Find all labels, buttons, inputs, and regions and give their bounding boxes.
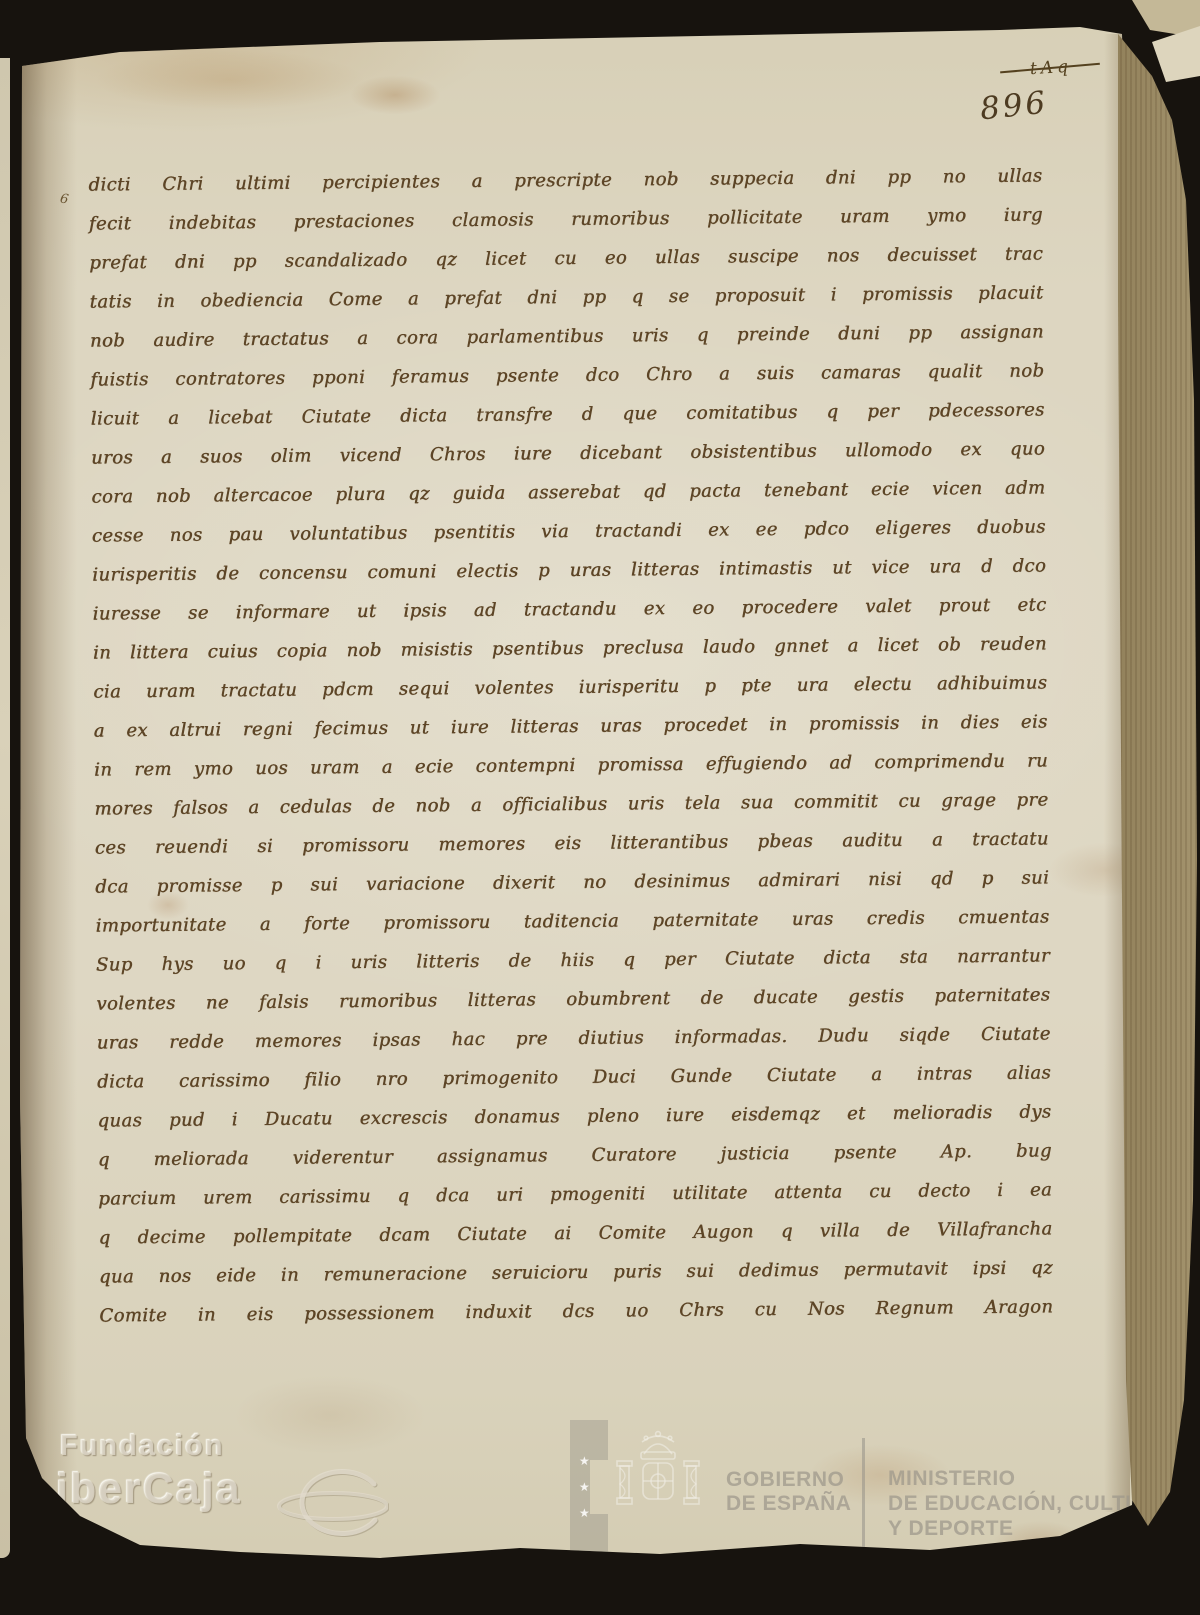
manuscript-line: importunitate a forte promissoru taditen… [96, 906, 1050, 935]
binding-gutter-shadow [18, 36, 82, 1548]
manuscript-line: tatis in obediencia Come a prefat dni pp… [90, 282, 1044, 311]
ministerio-watermark-line3: Y DEPORTE [888, 1516, 1172, 1541]
manuscript-line: cesse nos pau voluntatibus psentitis via… [92, 516, 1046, 545]
gobierno-watermark-line2: DE ESPAÑA [726, 1492, 851, 1516]
adjacent-page-sliver [0, 58, 10, 1558]
manuscript-text: dicti Chri ultimi percipientes a prescri… [88, 165, 1053, 1344]
manuscript-line: prefat dni pp scandalizado qz licet cu e… [89, 243, 1043, 272]
fundacion-ibercaja-watermark: Fundación iberCaja [60, 1430, 242, 1514]
book-page: tAq 896 6 dicti Chri ultimi percipientes… [0, 0, 1200, 1615]
manuscript-line: mores falsos a cedulas de nob a official… [94, 789, 1048, 818]
manuscript-line: parcium urem carissimu q dca uri pmogeni… [98, 1179, 1052, 1208]
manuscript-line: uros a suos olim vicend Chros iure diceb… [91, 438, 1045, 467]
manuscript-line: Sup hys uo q i uris litteris de hiis q p… [96, 945, 1050, 974]
manuscript-line: in littera cuius copia nob misistis psen… [93, 633, 1047, 662]
manuscript-line: quas pud i Ducatu excrescis donamus plen… [97, 1101, 1051, 1130]
eu-star-icon: ★ [579, 1506, 590, 1520]
manuscript-line: dicti Chri ultimi percipientes a prescri… [88, 165, 1042, 194]
gobierno-watermark-line1: GOBIERNO [726, 1468, 851, 1492]
manuscript-line: cora nob altercacoe plura qz guida asser… [91, 477, 1045, 506]
spain-coat-of-arms-icon [610, 1428, 706, 1537]
cancelled-folio-mark: tAq [1008, 56, 1095, 80]
manuscript-line: qua nos eide in remuneracione seruicioru… [99, 1257, 1053, 1286]
eu-flag-icon: ★ ★ ★ [570, 1420, 608, 1554]
eu-flag-bottom-cap [590, 1514, 608, 1554]
folio-number: 896 [978, 85, 1050, 128]
manuscript-line: ces reuendi si promissoru memores eis li… [95, 828, 1049, 857]
watermark-divider [862, 1438, 865, 1550]
eu-star-icon: ★ [579, 1454, 590, 1468]
manuscript-line: volentes ne falsis rumoribus litteras ob… [96, 984, 1050, 1013]
manuscript-line: iurisperitis de concensu comuni electis … [92, 555, 1046, 584]
ministerio-watermark-line1: MINISTERIO [888, 1466, 1172, 1491]
manuscript-line: iuresse se informare ut ipsis ad tractan… [93, 594, 1047, 623]
fundacion-watermark-line1: Fundación [60, 1430, 242, 1463]
manuscript-line: dicta carissimo filio nro primogenito Du… [97, 1062, 1051, 1091]
manuscript-line: q decime pollempitate dcam Ciutate ai Co… [99, 1218, 1053, 1247]
ministerio-watermark-line2: DE EDUCACIÓN, CULTURA [888, 1491, 1172, 1516]
manuscript-line: cia uram tractatu pdcm sequi volentes iu… [93, 672, 1047, 701]
manuscript-line: uras redde memores ipsas hac pre diutius… [97, 1023, 1051, 1052]
manuscript-line: dca promisse p sui variacione dixerit no… [95, 867, 1049, 896]
fundacion-watermark-line2: iberCaja [56, 1465, 242, 1514]
manuscript-line: q meliorada viderentur assignamus Curato… [98, 1140, 1052, 1169]
ibercaja-logo-icon [276, 1462, 388, 1551]
eu-flag-top-cap [590, 1420, 608, 1460]
manuscript-line: a ex altrui regni fecimus ut iure litter… [94, 711, 1048, 740]
manuscript-line: licuit a licebat Ciutate dicta transfre … [91, 399, 1045, 428]
manuscript-line: fecit indebitas prestaciones clamosis ru… [89, 204, 1043, 233]
manuscript-line: Comite in eis possessionem induxit dcs u… [99, 1296, 1053, 1325]
manuscript-line: in rem ymo uos uram a ecie contempni pro… [94, 750, 1048, 779]
manuscript-line: fuistis contratores pponi feramus psente… [90, 360, 1044, 389]
ministerio-watermark: MINISTERIO DE EDUCACIÓN, CULTURA Y DEPOR… [888, 1466, 1172, 1541]
manuscript-scan: tAq 896 6 dicti Chri ultimi percipientes… [0, 0, 1200, 1615]
eu-star-icon: ★ [579, 1480, 590, 1494]
gobierno-watermark: GOBIERNO DE ESPAÑA [726, 1468, 851, 1516]
manuscript-line: nob audire tractatus a cora parlamentibu… [90, 321, 1044, 350]
